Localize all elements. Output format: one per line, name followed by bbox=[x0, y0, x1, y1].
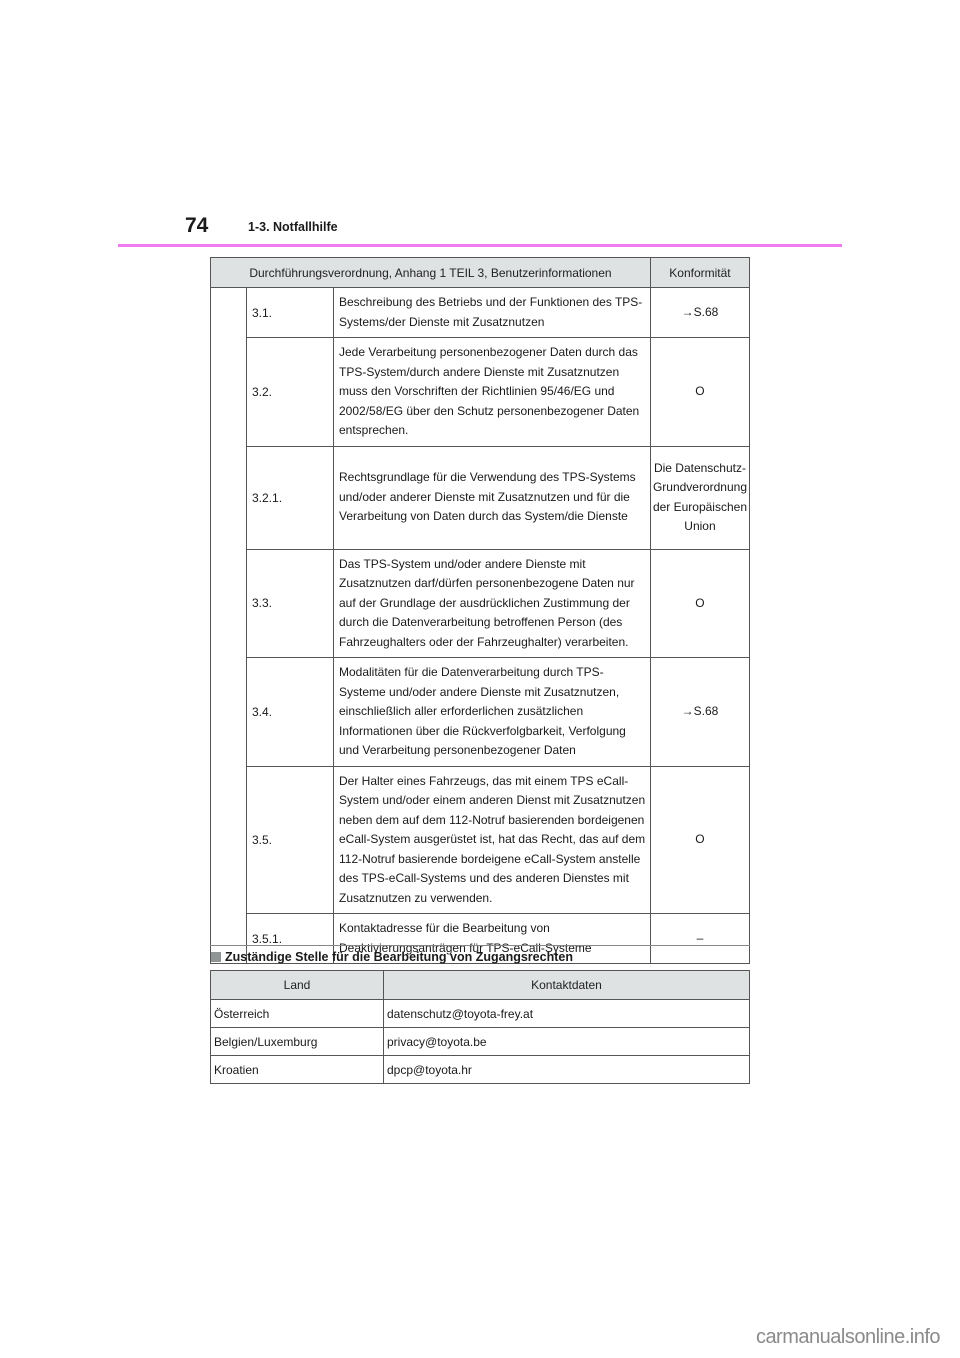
contact-row: Belgien/Luxemburg privacy@toyota.be bbox=[211, 1028, 750, 1056]
country: Österreich bbox=[211, 1000, 384, 1028]
row-number: 3.2.1. bbox=[247, 446, 334, 549]
square-bullet-icon bbox=[211, 952, 221, 962]
header-conformity: Konformität bbox=[650, 258, 749, 288]
row-number: 3.4. bbox=[247, 658, 334, 767]
row-number: 3.5. bbox=[247, 766, 334, 914]
header-regulation: Durchführungsverordnung, Anhang 1 TEIL 3… bbox=[211, 258, 651, 288]
contact-heading-text: Zuständige Stelle für die Bearbeitung vo… bbox=[225, 950, 573, 964]
row-conformity: O bbox=[650, 549, 749, 658]
table-row: 3.1. Beschreibung des Betriebs und der F… bbox=[211, 288, 750, 338]
row-conformity: Die Datenschutz-Grundverordnung der Euro… bbox=[650, 446, 749, 549]
country: Belgien/Luxemburg bbox=[211, 1028, 384, 1056]
row-description: Das TPS-System und/oder andere Dienste m… bbox=[334, 549, 651, 658]
contact-email: datenschutz@toyota-frey.at bbox=[384, 1000, 750, 1028]
header-contact: Kontaktdaten bbox=[384, 971, 750, 1000]
header-rule bbox=[118, 244, 842, 247]
row-description: Modalitäten für die Datenverarbeitung du… bbox=[334, 658, 651, 767]
table-row: 3.5. Der Halter eines Fahrzeugs, das mit… bbox=[211, 766, 750, 914]
row-description: Rechtsgrundlage für die Verwendung des T… bbox=[334, 446, 651, 549]
watermark: carmanualsonline.info bbox=[756, 1326, 940, 1349]
row-description: Beschreibung des Betriebs und der Funkti… bbox=[334, 288, 651, 338]
row-conformity: – bbox=[650, 914, 749, 964]
row-number: 3.1. bbox=[247, 288, 334, 338]
row-description: Jede Verarbeitung personenbezogener Date… bbox=[334, 338, 651, 447]
contact-row: Kroatien dpcp@toyota.hr bbox=[211, 1056, 750, 1084]
table-row: 3.2.1. Rechtsgrundlage für die Verwendun… bbox=[211, 446, 750, 549]
row-conformity: O bbox=[650, 338, 749, 447]
section-title: 1-3. Notfallhilfe bbox=[248, 220, 338, 234]
contact-header-row: Land Kontaktdaten bbox=[211, 971, 750, 1000]
header-land: Land bbox=[211, 971, 384, 1000]
table-header-row: Durchführungsverordnung, Anhang 1 TEIL 3… bbox=[211, 258, 750, 288]
row-number: 3.2. bbox=[247, 338, 334, 447]
table-row: 3.3. Das TPS-System und/oder andere Dien… bbox=[211, 549, 750, 658]
indent-cell bbox=[211, 288, 247, 964]
conformity-table: Durchführungsverordnung, Anhang 1 TEIL 3… bbox=[210, 257, 750, 964]
row-description: Der Halter eines Fahrzeugs, das mit eine… bbox=[334, 766, 651, 914]
contact-email: privacy@toyota.be bbox=[384, 1028, 750, 1056]
contact-table: Land Kontaktdaten Österreich datenschutz… bbox=[210, 970, 750, 1084]
row-conformity: →S.68 bbox=[650, 288, 749, 338]
table-row: 3.2. Jede Verarbeitung personenbezogener… bbox=[211, 338, 750, 447]
contact-email: dpcp@toyota.hr bbox=[384, 1056, 750, 1084]
row-number: 3.3. bbox=[247, 549, 334, 658]
table-row: 3.4. Modalitäten für die Datenverarbeitu… bbox=[211, 658, 750, 767]
section-divider bbox=[210, 945, 750, 946]
country: Kroatien bbox=[211, 1056, 384, 1084]
row-conformity: →S.68 bbox=[650, 658, 749, 767]
row-conformity: O bbox=[650, 766, 749, 914]
page-number: 74 bbox=[185, 214, 208, 238]
contact-section-heading: Zuständige Stelle für die Bearbeitung vo… bbox=[211, 950, 573, 964]
contact-row: Österreich datenschutz@toyota-frey.at bbox=[211, 1000, 750, 1028]
